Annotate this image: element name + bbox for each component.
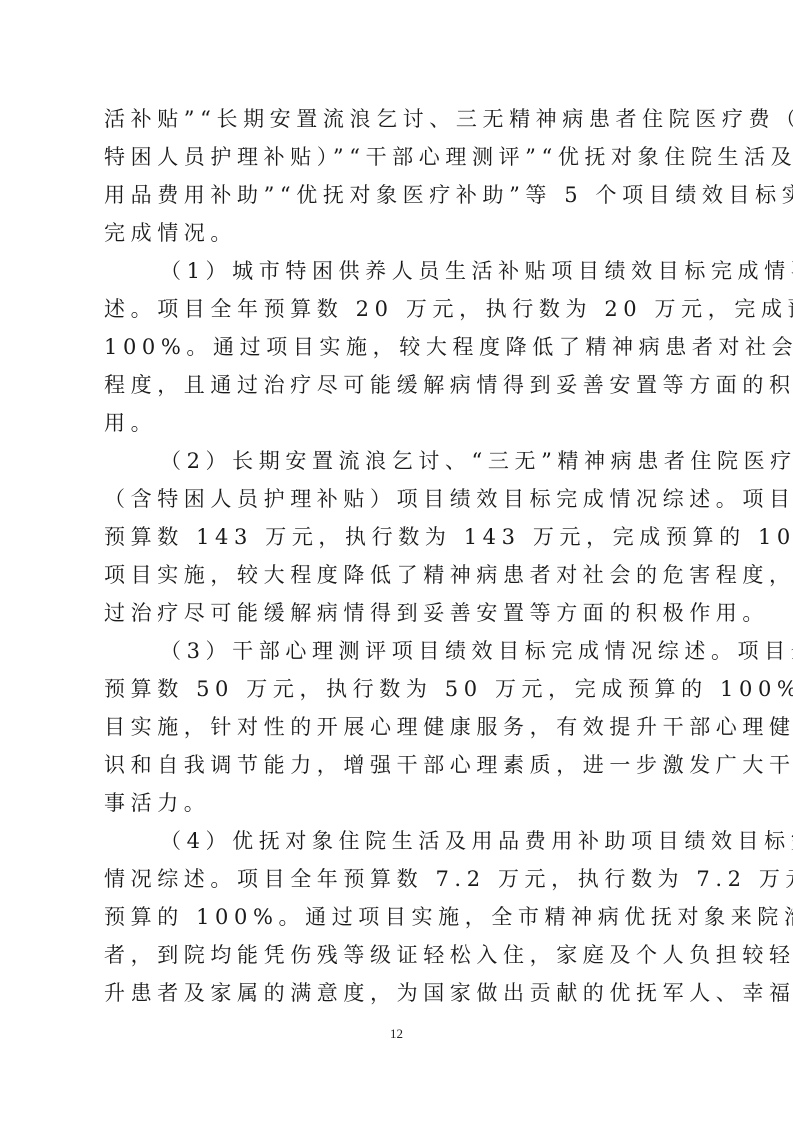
text-line: 100%。通过项目实施，较大程度降低了精神病患者对社会的危害 xyxy=(104,328,694,366)
text-line: 程度，且通过治疗尽可能缓解病情得到妥善安置等方面的积极作 xyxy=(104,366,694,404)
text-line: 用品费用补助”“优抚对象医疗补助”等 5 个项目绩效目标实际 xyxy=(104,176,694,214)
text-line: 预算的 100%。通过项目实施，全市精神病优抚对象来院治疗患 xyxy=(104,898,694,936)
text-line: 者，到院均能凭伤残等级证轻松入住，家庭及个人负担较轻，提 xyxy=(104,936,694,974)
text-line: 过治疗尽可能缓解病情得到妥善安置等方面的积极作用。 xyxy=(104,594,694,632)
text-line: 特困人员护理补贴）”“干部心理测评”“优抚对象住院生活及 xyxy=(104,138,694,176)
text-line: 识和自我调节能力，增强干部心理素质，进一步激发广大干部干 xyxy=(104,746,694,784)
text-line: 预算数 50 万元，执行数为 50 万元，完成预算的 100%。通过项 xyxy=(104,670,694,708)
text-line: 用。 xyxy=(104,404,694,442)
text-line: （含特困人员护理补贴）项目绩效目标完成情况综述。项目全年 xyxy=(104,480,694,518)
text-line: 情况综述。项目全年预算数 7.2 万元，执行数为 7.2 万元，完成 xyxy=(104,860,694,898)
text-line: 述。项目全年预算数 20 万元，执行数为 20 万元，完成预算的 xyxy=(104,290,694,328)
text-line: 目实施，针对性的开展心理健康服务，有效提升干部心理健康意 xyxy=(104,708,694,746)
paragraph-1-heading-line: （1）城市特困供养人员生活补贴项目绩效目标完成情况综 xyxy=(104,252,694,290)
text-line: 项目实施，较大程度降低了精神病患者对社会的危害程度，且通 xyxy=(104,556,694,594)
text-line: 活补贴”“长期安置流浪乞讨、三无精神病患者住院医疗费（含 xyxy=(104,100,694,138)
text-line: 预算数 143 万元，执行数为 143 万元，完成预算的 100%。通过 xyxy=(104,518,694,556)
document-body: 活补贴”“长期安置流浪乞讨、三无精神病患者住院医疗费（含 特困人员护理补贴）”“… xyxy=(104,100,694,1012)
page-number: 12 xyxy=(0,1026,793,1042)
paragraph-2-heading-line: （2）长期安置流浪乞讨、“三无”精神病患者住院医疗费 xyxy=(104,442,694,480)
paragraph-4-heading-line: （4）优抚对象住院生活及用品费用补助项目绩效目标完成 xyxy=(104,822,694,860)
document-page: 活补贴”“长期安置流浪乞讨、三无精神病患者住院医疗费（含 特困人员护理补贴）”“… xyxy=(0,0,793,1122)
text-line: 升患者及家属的满意度，为国家做出贡献的优抚军人、幸福感、 xyxy=(104,974,694,1012)
text-line: 事活力。 xyxy=(104,784,694,822)
paragraph-3-heading-line: （3）干部心理测评项目绩效目标完成情况综述。项目全年 xyxy=(104,632,694,670)
text-line: 完成情况。 xyxy=(104,214,694,252)
